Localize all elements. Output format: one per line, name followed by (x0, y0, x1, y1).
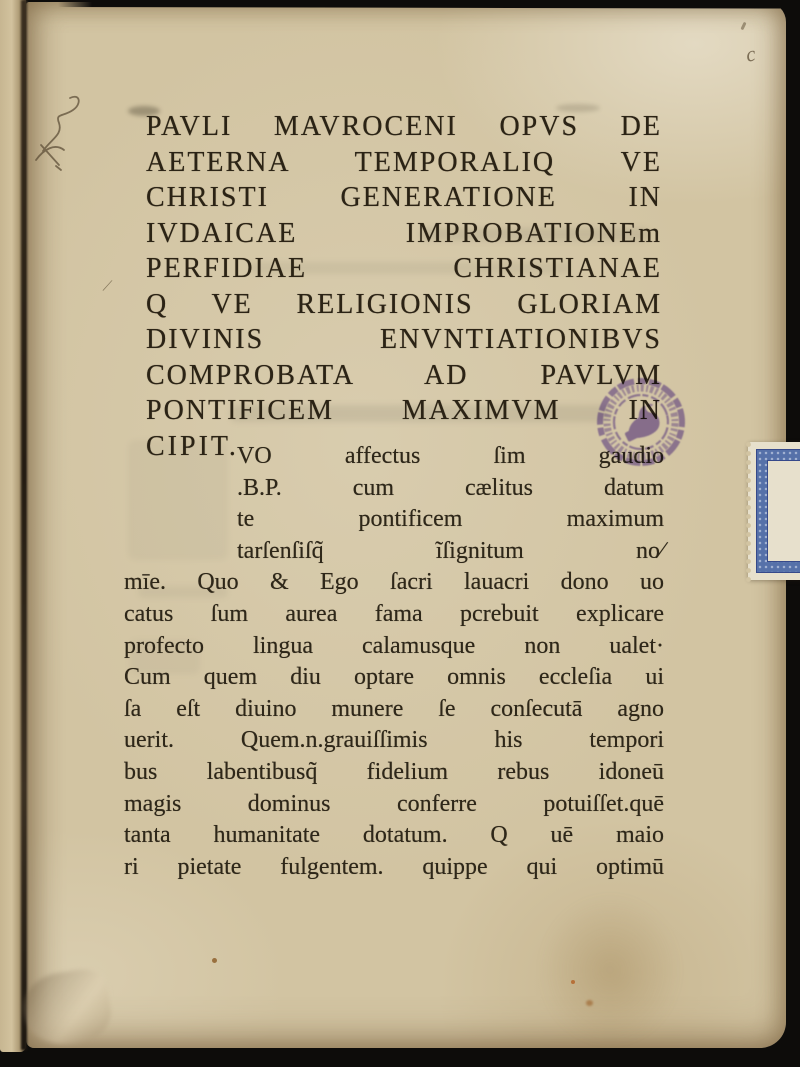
body-line: tarſenſiſq̃ ĩſignitum no∕ (237, 536, 664, 568)
gutter-crease (21, 0, 27, 1050)
body-line: uerit. Quem.n.grauiſſimis his tempori (124, 725, 664, 757)
body-line: ſa eſt diuino munere ſe conſecutā agno (124, 694, 664, 726)
body-line: tanta humanitate dotatum. Q uē maio (124, 820, 664, 852)
stain-spot (586, 1000, 593, 1006)
stain-spot (571, 980, 575, 984)
stain (540, 895, 680, 1045)
printed-body: VO affectus ſim gaudio .B.P. cum cælitus… (124, 441, 664, 883)
title-line: Q VE RELIGIONIS GLORIAM (146, 287, 662, 323)
body-line: Cum quem diu optare omnis eccleſia ui (124, 662, 664, 694)
title-line: PAVLI MAVROCENI OPVS DE (146, 109, 662, 145)
pen-flourish-icon (28, 92, 84, 180)
stain-spot (212, 958, 217, 963)
body-line: bus labentibusq̃ fidelium rebus idoneū (124, 757, 664, 789)
bookplate-center (767, 460, 800, 562)
pen-flourish-mark (28, 92, 84, 185)
title-line: CHRISTI GENERATIONE IN (146, 180, 662, 216)
title-line: DIVINIS ENVNTIATIONIBVS (146, 322, 662, 358)
bookplate (748, 442, 800, 580)
title-line: PERFIDIAE CHRISTIANAE (146, 251, 662, 287)
body-line: te pontificem maximum (237, 504, 664, 536)
bookplate-frame (756, 449, 800, 573)
scanned-book-page-photo: PAVLI MAVROCENI OPVS DE AETERNA TEMPORAL… (0, 0, 800, 1067)
body-line: ri pietate fulgentem. quippe qui optimū (124, 852, 664, 884)
body-line: mīe. Quo & Ego ſacri lauacri dono uo (124, 567, 664, 599)
title-line: AETERNA TEMPORALIQ VE (146, 145, 662, 181)
body-line: catus ſum aurea fama pcrebuit explicare (124, 599, 664, 631)
printed-title: PAVLI MAVROCENI OPVS DE AETERNA TEMPORAL… (146, 109, 662, 464)
title-line: IVDAICAE IMPROBATIONEm (146, 216, 662, 252)
body-line: .B.P. cum cælitus datum (237, 473, 664, 505)
body-line: profecto lingua calamusque non ualet· (124, 631, 664, 663)
title-line: PONTIFICEM MAXIMVM IN (146, 393, 662, 429)
body-line: magis dominus conferre potuiſſet.quē (124, 789, 664, 821)
